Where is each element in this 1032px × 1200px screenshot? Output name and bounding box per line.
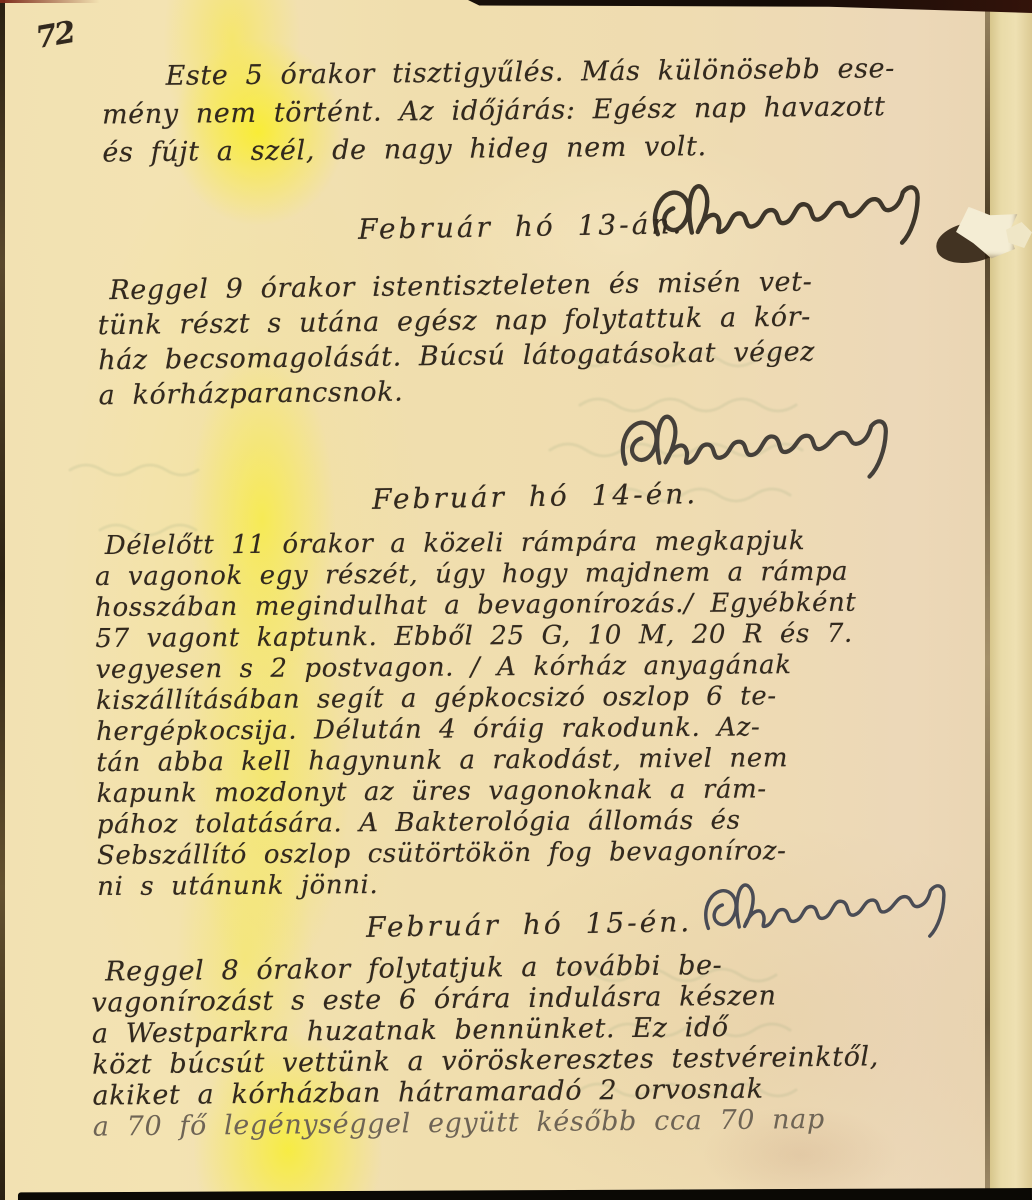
diary-paragraph-feb14: Délelőtt 11 órakor a közeli rámpára megk… bbox=[95, 525, 966, 903]
entry-heading-feb15: Február hó 15-én. bbox=[366, 905, 693, 944]
adjacent-page-edge bbox=[990, 0, 1032, 1200]
binding-crease bbox=[985, 0, 990, 1200]
scan-edge-left bbox=[0, 0, 5, 1200]
diary-paragraph-intro: Este 5 órakor tisztigyűlés. Más különöse… bbox=[101, 50, 952, 173]
entry-heading-feb14: Február hó 14-én. bbox=[372, 477, 699, 516]
page-number: 72 bbox=[33, 15, 76, 56]
entry-heading-feb13: Február hó 13-án. bbox=[358, 207, 685, 246]
scan-edge-top-left bbox=[0, 0, 100, 3]
scanned-diary-page: 72 Este 5 órakor tisztigyűlés. Más külön… bbox=[0, 0, 1032, 1200]
diary-paragraph-feb15: Reggel 8 órakor folytatjuk a további be-… bbox=[91, 947, 973, 1142]
